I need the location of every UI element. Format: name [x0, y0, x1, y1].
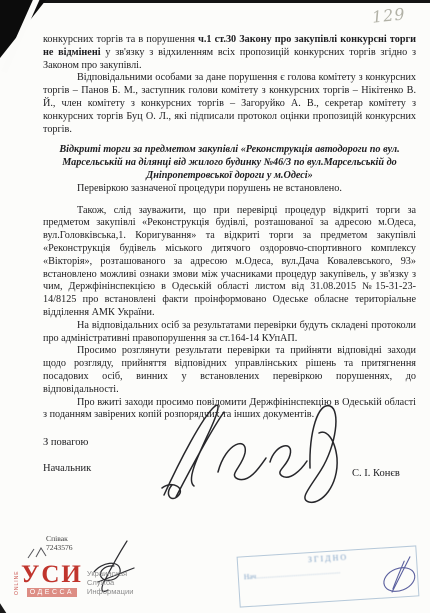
procurement-subject-heading: Відкриті торги за предметом закупівлі «Р…	[43, 144, 416, 182]
stamp-title: ЗГІДНО	[308, 553, 349, 565]
stamp-signature-flourish	[376, 554, 425, 599]
logo-subtitle: Украинская Служба Информации	[87, 569, 134, 596]
paragraph-responsible-persons: Відповідальними особами за дане порушенн…	[43, 72, 416, 136]
logo-left-block: УСИ ОДЕССА	[21, 563, 83, 597]
paragraph-no-violations: Перевіркою зазначеної процедури порушень…	[43, 183, 416, 196]
paragraph-admin-protocols: На відповідальних осіб за результатами п…	[43, 320, 416, 346]
logo-online-vertical-text: ONLINE	[14, 563, 20, 603]
paragraph-collusion-findings: Також, слід зауважити, що при перевірці …	[43, 205, 416, 320]
usi-odessa-logo: ONLINE УСИ ОДЕССА Украинская Служба Инфо…	[14, 563, 133, 603]
closing-salutation: З повагою	[43, 437, 88, 448]
logo-subtitle-line2: Служба	[87, 578, 134, 587]
paragraph-violation-text-1: конкурсних торгів та в порушення	[43, 34, 198, 45]
stamp-line-dots: ........................................…	[256, 566, 341, 580]
paragraph-violation: конкурсних торгів та в порушення ч.1 ст.…	[43, 34, 416, 72]
scanned-document-page: 129 конкурсних торгів та в порушення ч.1…	[0, 0, 430, 613]
scan-edge-artifact-top	[0, 0, 430, 3]
document-body: конкурсних торгів та в порушення ч.1 ст.…	[43, 34, 416, 422]
logo-subtitle-line3: Информации	[87, 587, 134, 596]
stamp-line-label: Нач	[244, 572, 257, 582]
scan-corner-artifact-bottom	[0, 600, 9, 613]
logo-usi-text: УСИ	[21, 563, 83, 587]
pen-scribble-small	[26, 544, 52, 562]
signer-name: С. І. Конєв	[352, 468, 400, 479]
signature-konev	[158, 398, 353, 510]
handwritten-page-number: 129	[372, 4, 407, 26]
logo-odessa-badge: ОДЕССА	[27, 588, 77, 597]
certification-stamp: ЗГІДНО Нач..............................…	[237, 545, 420, 607]
logo-subtitle-line1: Украинская	[87, 569, 134, 578]
signer-title: Начальник	[43, 463, 91, 474]
paragraph-request-actions: Просимо розглянути результати перевірки …	[43, 345, 416, 396]
